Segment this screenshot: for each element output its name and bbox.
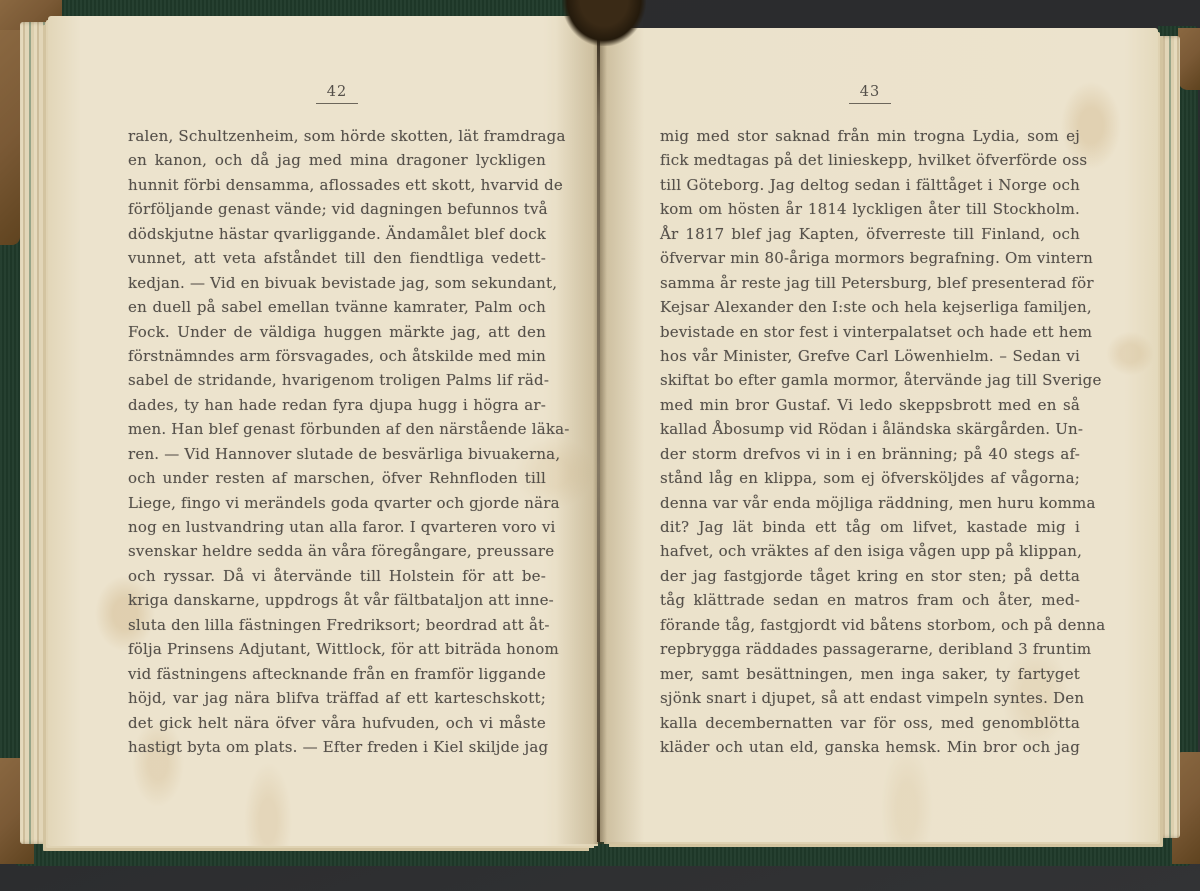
text-line: År 1817 blef jag Kapten, öfverreste till…: [660, 222, 1080, 246]
text-line: ralen, Schultzenheim, som hörde skotten,…: [128, 124, 546, 148]
text-line: skiftat bo efter gamla mormor, återvände…: [660, 368, 1080, 392]
text-line: kedjan. — Vid en bivuak bevistade jag, s…: [128, 271, 546, 295]
binding-top-notch: [562, 0, 646, 46]
text-line: höjd, var jag nära blifva träffad af ett…: [128, 686, 546, 710]
text-line: men. Han blef genast förbunden af den nä…: [128, 417, 546, 441]
text-line: förande tåg, fastgjordt vid båtens storb…: [660, 613, 1080, 637]
text-line: bevistade en stor fest i vinterpalatset …: [660, 320, 1080, 344]
text-line: svenskar heldre sedda än våra föregångar…: [128, 539, 546, 563]
left-page-number: 42: [128, 84, 546, 104]
text-line: mer, samt besättningen, men inga saker, …: [660, 662, 1080, 686]
text-line: kallad Åbosump vid Rödan i åländska skär…: [660, 417, 1080, 441]
left-page-text: ralen, Schultzenheim, som hörde skotten,…: [128, 124, 546, 759]
text-line: förföljande genast vände; vid dagningen …: [128, 197, 546, 221]
text-line: hastigt byta om plats. — Efter freden i …: [128, 735, 546, 759]
text-line: denna var vår enda möjliga räddning, men…: [660, 491, 1080, 515]
text-line: repbrygga räddades passagerarne, deribla…: [660, 637, 1080, 661]
text-line: samma år reste jag till Petersburg, blef…: [660, 271, 1080, 295]
text-line: fick medtagas på det linieskepp, hvilket…: [660, 148, 1080, 172]
text-line: hunnit förbi densamma, aflossades ett sk…: [128, 173, 546, 197]
text-line: öfvervar min 80-åriga mormors begrafning…: [660, 246, 1080, 270]
text-line: Fock. Under de väldiga huggen märkte jag…: [128, 320, 546, 344]
text-line: och under resten af marschen, öfver Rehn…: [128, 466, 546, 490]
text-line: vid fästningens aftecknande från en fram…: [128, 662, 546, 686]
text-line: sluta den lilla fästningen Fredriksort; …: [128, 613, 546, 637]
gutter-center-fold: [597, 18, 600, 842]
text-line: dit? Jag lät binda ett tåg om lifvet, ka…: [660, 515, 1080, 539]
right-page-text: mig med stor saknad från min trogna Lydi…: [660, 124, 1080, 759]
text-line: sjönk snart i djupet, så att endast vimp…: [660, 686, 1080, 710]
text-line: der jag fastgjorde tåget kring en stor s…: [660, 564, 1080, 588]
text-line: nog en lustvandring utan alla faror. I q…: [128, 515, 546, 539]
text-line: förstnämndes arm försvagades, och åtskil…: [128, 344, 546, 368]
text-line: Kejsar Alexander den I:ste och hela kejs…: [660, 295, 1080, 319]
text-line: ren. — Vid Hannover slutade de besvärlig…: [128, 442, 546, 466]
text-line: en kanon, och då jag med mina dragoner l…: [128, 148, 546, 172]
text-line: till Göteborg. Jag deltog sedan i fälttå…: [660, 173, 1080, 197]
text-line: hafvet, och vräktes af den isiga vågen u…: [660, 539, 1080, 563]
text-line: hos vår Minister, Grefve Carl Löwenhielm…: [660, 344, 1080, 368]
text-line: kalla decembernatten var för oss, med ge…: [660, 711, 1080, 735]
right-page-number: 43: [660, 84, 1080, 104]
text-line: följa Prinsens Adjutant, Wittlock, för a…: [128, 637, 546, 661]
text-line: stånd låg en klippa, som ej öfversköljde…: [660, 466, 1080, 490]
text-line: en duell på sabel emellan tvänne kamrate…: [128, 295, 546, 319]
text-line: och ryssar. Då vi återvände till Holstei…: [128, 564, 546, 588]
text-line: det gick helt nära öfver våra hufvuden, …: [128, 711, 546, 735]
text-line: tåg klättrade sedan en matros fram och å…: [660, 588, 1080, 612]
text-line: dödskjutne hästar qvarliggande. Ändamåle…: [128, 222, 546, 246]
leather-corner-top-right: [1178, 28, 1200, 90]
text-line: kriga danskarne, uppdrogs åt vår fältbat…: [128, 588, 546, 612]
text-line: der storm drefvos vi in i en bränning; p…: [660, 442, 1080, 466]
text-line: kom om hösten år 1814 lyckligen åter til…: [660, 197, 1080, 221]
book-cover-top-edge: [0, 0, 610, 17]
text-line: vunnet, att veta afståndet till den fien…: [128, 246, 546, 270]
text-line: dades, ty han hade redan fyra djupa hugg…: [128, 393, 546, 417]
text-line: med min bror Gustaf. Vi ledo skeppsbrott…: [660, 393, 1080, 417]
text-line: mig med stor saknad från min trogna Lydi…: [660, 124, 1080, 148]
text-line: Liege, fingo vi merändels goda qvarter o…: [128, 491, 546, 515]
leather-strip-top-left: [0, 30, 20, 245]
text-line: kläder och utan eld, ganska hemsk. Min b…: [660, 735, 1080, 759]
book-scan-photo: 42 43 ralen, Schultzenheim, som hörde sk…: [0, 0, 1200, 891]
text-line: sabel de stridande, hvarigenom troligen …: [128, 368, 546, 392]
